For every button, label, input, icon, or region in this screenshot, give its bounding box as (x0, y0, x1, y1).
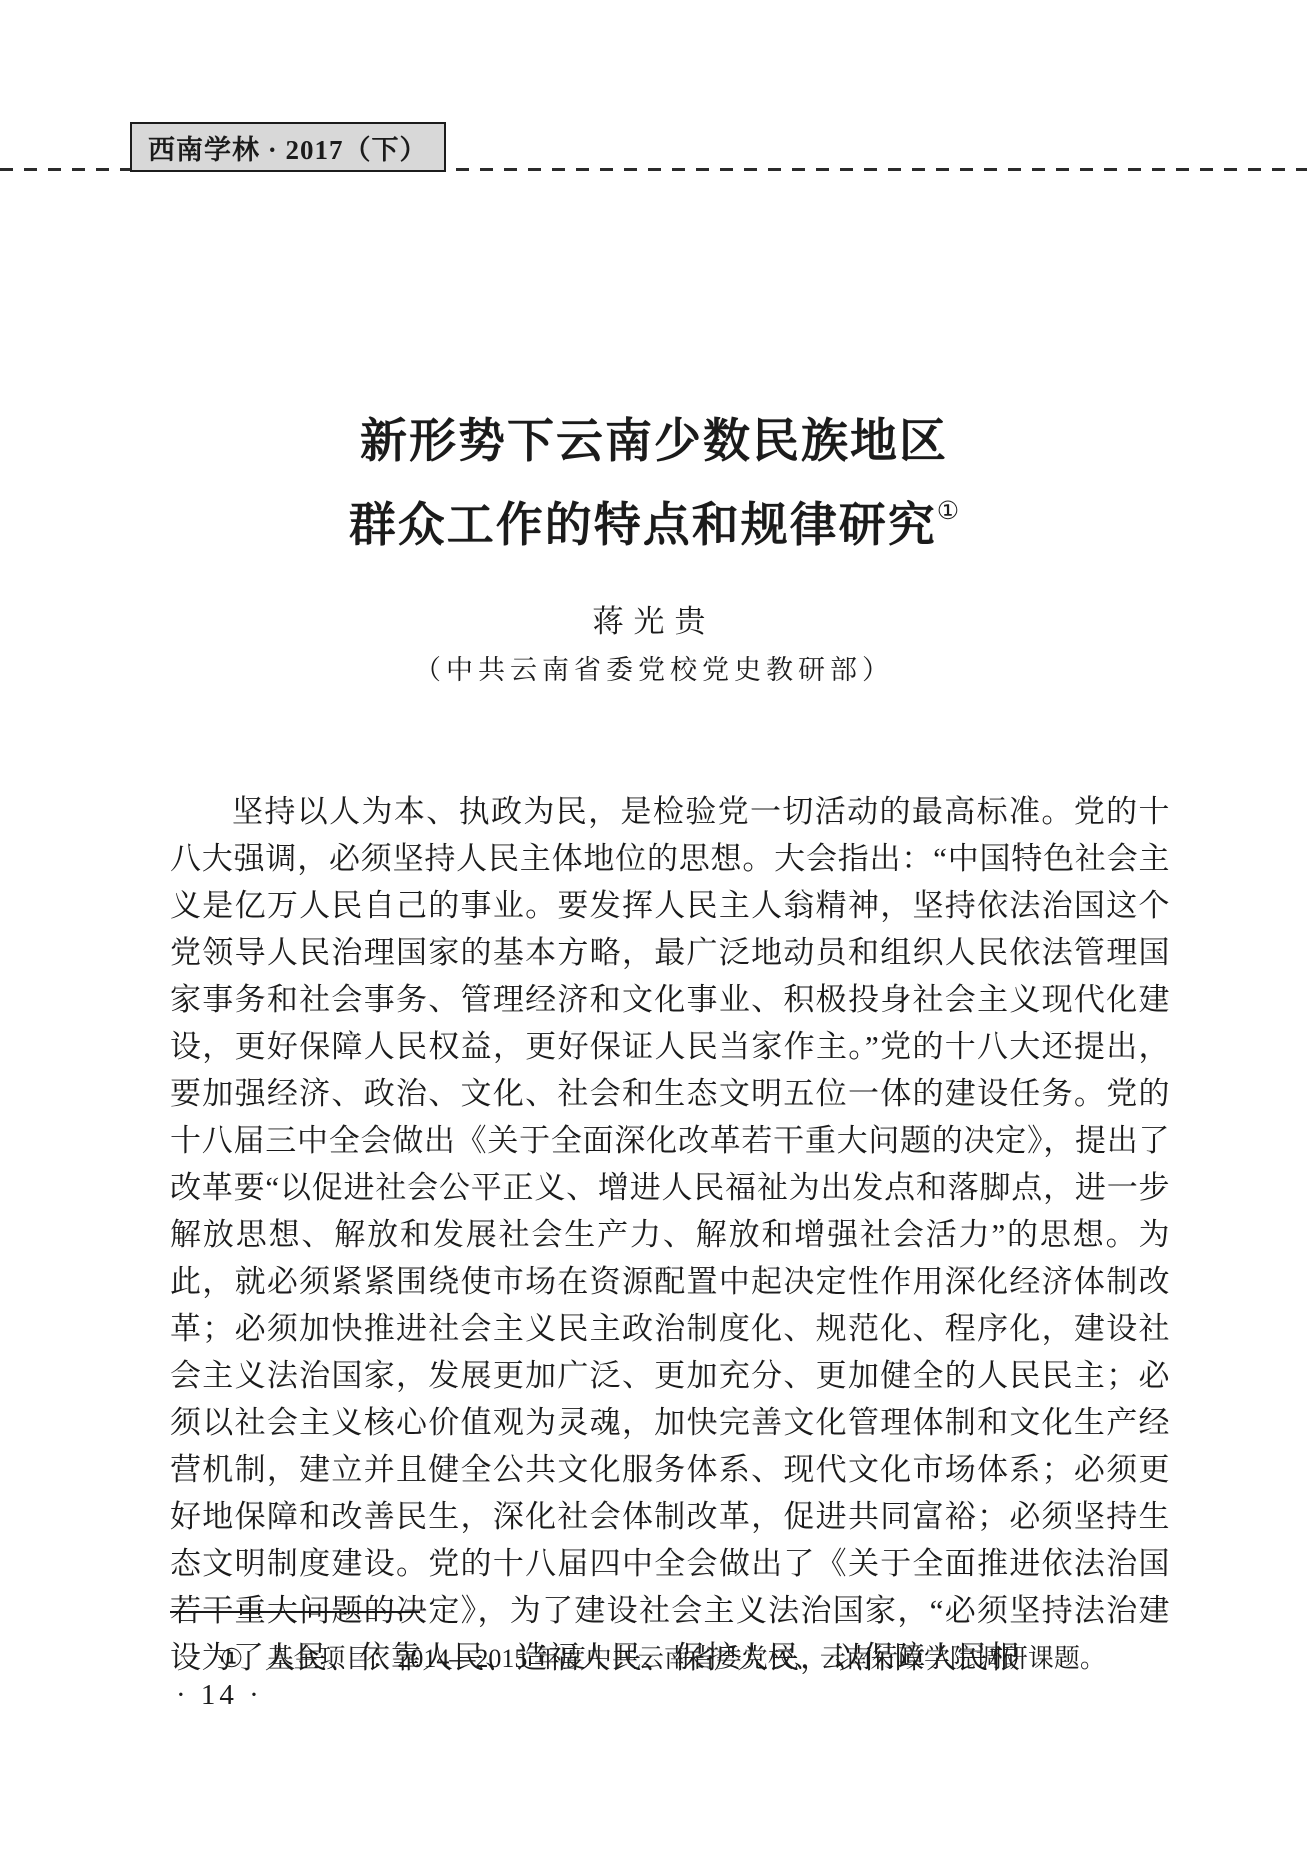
article-title-line2: 群众工作的特点和规律研究 (349, 500, 937, 552)
footnote-separator-line (170, 1611, 420, 1613)
footnote-marker: ① (220, 1641, 243, 1677)
page-number: · 14 · (176, 1679, 263, 1712)
journal-header-label: 西南学林 · 2017（下） (148, 128, 428, 167)
journal-header-badge: 西南学林 · 2017（下） (130, 122, 446, 172)
footnote-text: 基金项目：2014—2015 年度中共云南省委党校、云南行政学院调研课题。 (267, 1644, 1106, 1673)
footnote: ①基金项目：2014—2015 年度中共云南省委党校、云南行政学院调研课题。 (170, 1641, 1180, 1677)
title-footnote-marker: ① (937, 498, 959, 525)
article-title-line1: 新形势下云南少数民族地区 (154, 408, 1154, 477)
document-page: 西南学林 · 2017（下） 新形势下云南少数民族地区 群众工作的特点和规律研究… (0, 0, 1307, 1859)
author-affiliation: （中共云南省委党校党史教研部） (154, 648, 1154, 687)
article-title: 新形势下云南少数民族地区 群众工作的特点和规律研究① (154, 408, 1154, 561)
article-title-line2-wrap: 群众工作的特点和规律研究① (154, 477, 1154, 561)
author-name: 蒋光贵 (154, 596, 1154, 641)
body-paragraph: 坚持以人为本、执政为民，是检验党一切活动的最高标准。党的十八大强调，必须坚持人民… (170, 788, 1170, 1681)
